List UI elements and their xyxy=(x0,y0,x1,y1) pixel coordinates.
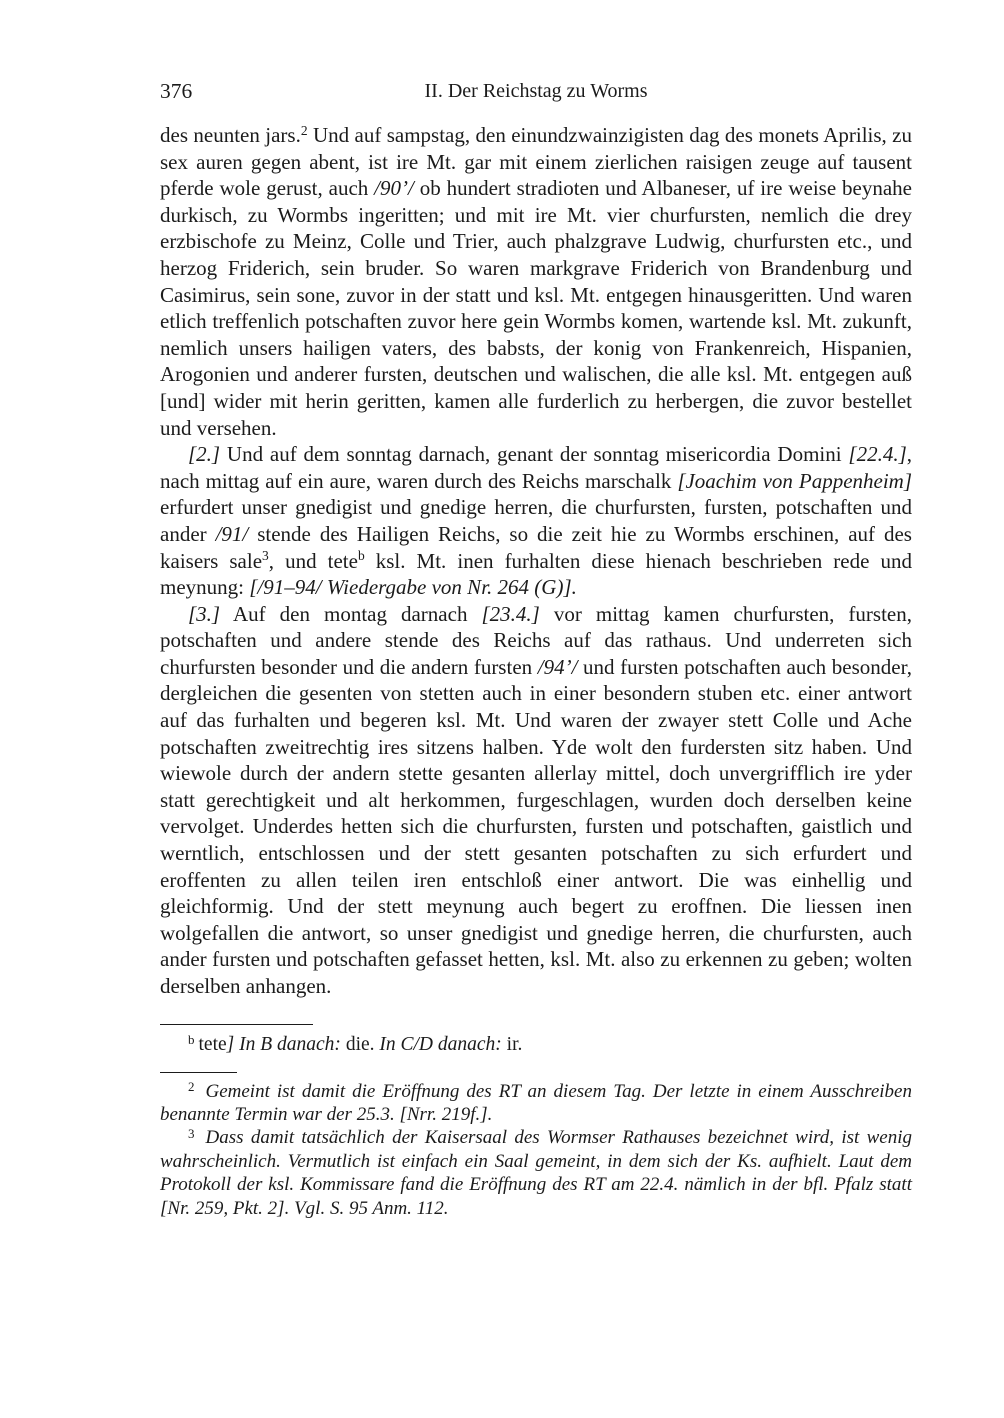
apparatus-section: btete] In B danach: die. In C/D danach: … xyxy=(160,1024,912,1220)
footnote: 3Dass damit tatsächlich der Kaisersaal d… xyxy=(160,1126,912,1220)
page-number: 376 xyxy=(160,78,192,105)
footnote: 2Gemeint ist damit die Eröffnung des RT … xyxy=(160,1080,912,1127)
footnote-divider xyxy=(160,1072,237,1073)
apparatus-note: btete] In B danach: die. In C/D danach: … xyxy=(160,1033,912,1057)
body-paragraph: [3.] Auf den montag darnach [23.4.] vor … xyxy=(160,601,912,1000)
page-header: 376 II. Der Reichstag zu Worms xyxy=(160,78,912,105)
text-block: 376 II. Der Reichstag zu Worms des neunt… xyxy=(160,78,912,1220)
body-text: des neunten jars.2 Und auf sampstag, den… xyxy=(160,122,912,1000)
body-paragraph: des neunten jars.2 Und auf sampstag, den… xyxy=(160,122,912,441)
running-title: II. Der Reichstag zu Worms xyxy=(160,78,912,105)
body-paragraph: [2.] Und auf dem sonntag darnach, genant… xyxy=(160,441,912,601)
book-page: 376 II. Der Reichstag zu Worms des neunt… xyxy=(0,0,1004,1418)
apparatus-divider xyxy=(160,1024,313,1025)
